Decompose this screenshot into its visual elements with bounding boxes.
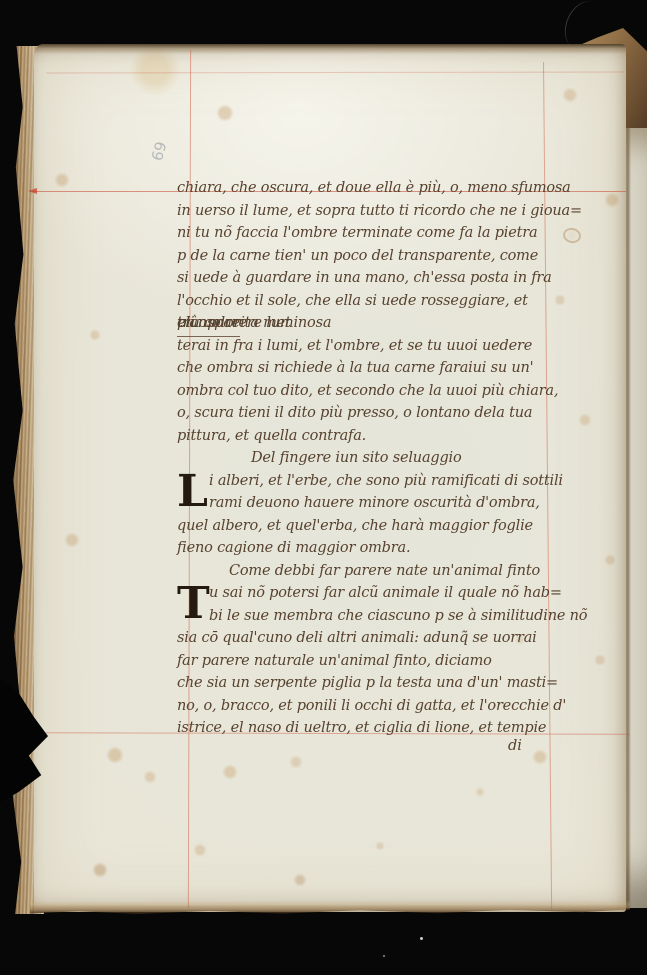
manuscript-line: istrice, el naso di ueltro, et ciglia di… [177,717,601,740]
section-heading-imaginary-animal: Come debbi far parere nate un'animal fin… [177,560,601,583]
dust-speck [383,955,385,957]
manuscript-line: terai in fra i lumi, et l'ombre, et se t… [177,335,601,358]
manuscript-line: che sia un serpente piglia p la testa un… [177,672,601,695]
manuscript-line-with-underline: transparere luminosa eli opare più color… [177,312,601,335]
paragraph-trees: L i alberi, et l'erbe, che sono più rami… [177,470,601,560]
manuscript-line: no, o, bracco, et ponili li occhi di gat… [177,695,601,718]
manuscript-line: l'occhio et il sole, che ella si uede ro… [177,290,601,313]
manuscript-line: u sai nõ potersi far alcũ animale il qua… [177,582,601,605]
dust-speck [420,937,423,940]
manuscript-line: o, scura tieni il dito più presso, o lon… [177,402,601,425]
catchword: di [508,738,522,754]
manuscript-line: far parere naturale un'animal finto, dic… [177,650,601,673]
paragraph-flesh-tones: chiara, che oscura, et doue ella è più, … [177,177,601,447]
line-segment: più colorita met [177,312,291,335]
manuscript-line: bi le sue membra che ciascuno p se à sim… [177,605,601,628]
manuscript-line: rami deuono hauere minore oscurità d'omb… [177,492,601,515]
manuscript-line: fieno cagione di maggior ombra. [177,537,601,560]
page-top-edge [34,44,626,54]
underpage-right-edge [626,128,647,908]
manuscript-line: p de la carne tien' un poco del transpar… [177,245,601,268]
manuscript-line: in uerso il lume, et sopra tutto ti rico… [177,200,601,223]
manuscript-line: quel albero, et quel'erba, che harà magg… [177,515,601,538]
paragraph-animal: T u sai nõ potersi far alcũ animale il q… [177,582,601,740]
manuscript-photo: 69 chiara, che oscura, et doue ella è pi… [0,0,647,975]
manuscript-line: che ombra si richiede à la tua carne far… [177,357,601,380]
manuscript-line: ombra col tuo dito, et secondo che la uu… [177,380,601,403]
manuscript-line: ni tu nõ faccia l'ombre terminate come f… [177,222,601,245]
text-block: chiara, che oscura, et doue ella è più, … [177,177,601,740]
manuscript-line: pittura, et quella contrafa. [177,425,601,448]
manuscript-line: chiara, che oscura, et doue ella è più, … [177,177,601,200]
manuscript-line: si uede à guardare in una mano, ch'essa … [177,267,601,290]
manuscript-line: i alberi, et l'erbe, che sono più ramifi… [177,470,601,493]
manuscript-line: sia cō qual'cuno deli altri animali: adu… [177,627,601,650]
page-bottom-edge [30,900,630,917]
section-heading-wild-site: Del fingere iun sito seluaggio [177,447,601,470]
